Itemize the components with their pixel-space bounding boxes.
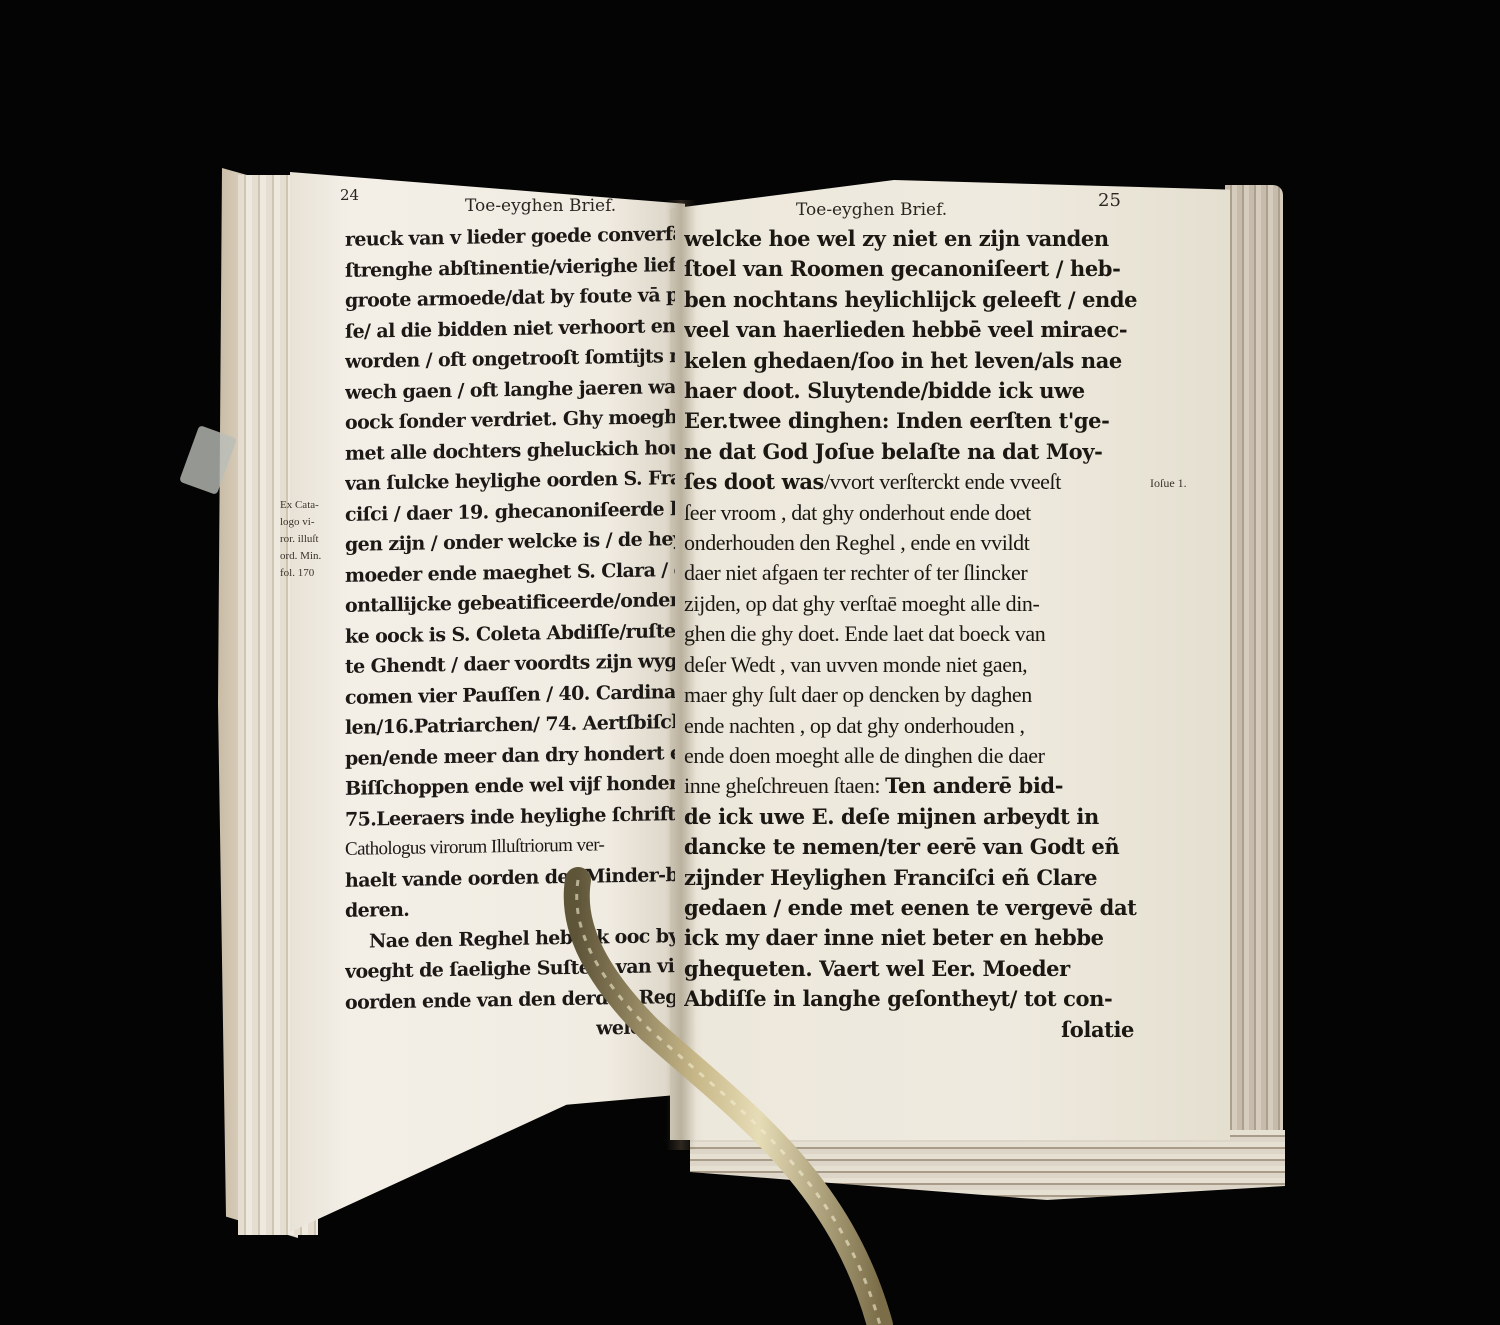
text-line: veel van haerlieden hebbē veel miraec- — [684, 315, 1144, 345]
text-line: gedaen / ende met eenen te vergevē dat — [684, 893, 1144, 923]
text-line: voeght de ſaelighe Suſters van vier — [345, 951, 675, 987]
text-line: Abdiſſe in langhe geſontheyt/ tot con- — [684, 984, 1144, 1014]
margin-note-line: logo vi- — [280, 514, 340, 531]
left-running-head: Toe-eyghen Brief. — [465, 196, 616, 216]
text-line: Eer.twee dinghen: Inden eerſten t'ge- — [684, 406, 1144, 436]
text-line: dancke te nemen/ter eerē van Godt eñ — [684, 832, 1144, 862]
text-line: onderhouden den Reghel , ende en vvildt — [684, 528, 1144, 558]
text-line: worden / oft ongetrooſt ſomtijts moetē — [345, 341, 675, 377]
text-line: zijnder Heylighen Franciſci eñ Clare — [684, 863, 1144, 893]
right-page-text: welcke hoe wel zy niet en zijn vanden ſt… — [684, 224, 1144, 1045]
text-span-blackletter: ſes doot was — [684, 469, 824, 494]
text-line: haer doot. Sluytende/bidde ick uwe — [684, 376, 1144, 406]
text-span-blackletter: Ten anderē bid- — [885, 773, 1063, 798]
open-book: 24 Toe-eyghen Brief. Toe-eyghen Brief. 2… — [0, 0, 1500, 1325]
text-line: deſer Wedt , van uvven monde niet gaen, — [684, 650, 1144, 680]
left-page-text: reuck van v lieder goede converfatie ſtr… — [345, 219, 675, 1048]
right-page-number: 25 — [1098, 190, 1121, 211]
right-margin-note: Ioſue 1. — [1150, 476, 1187, 491]
text-line: ick my daer inne niet beter en hebbe — [684, 923, 1144, 953]
text-line: gen zijn / onder welcke is / de heylighe — [345, 524, 675, 560]
text-line: ſolatie — [684, 1015, 1144, 1045]
text-span-roman: /vvort verſterckt ende vveeſt — [824, 469, 1061, 494]
text-line: ende nachten , op dat ghy onderhouden , — [684, 711, 1144, 741]
text-line: ſeer vroom , dat ghy onderhout ende doet — [684, 498, 1144, 528]
text-line: ontallijcke gebeatificeerde/onder welc- — [345, 585, 675, 621]
text-line: ghen die ghy doet. Ende laet dat boeck v… — [684, 619, 1144, 649]
text-line: ſtoel van Roomen gecanoniſeert / heb- — [684, 254, 1144, 284]
text-line: daer niet afgaen ter rechter of ter ſlin… — [684, 558, 1144, 588]
text-line: de ick uwe E. deſe mijnen arbeydt in — [684, 802, 1144, 832]
text-line: kelen ghedaen/ſoo in het leven/als nae — [684, 346, 1144, 376]
text-line: ne dat God Joſue belaſte na dat Moy- — [684, 437, 1144, 467]
text-line: oock ſonder verdriet. Ghy moeght v — [345, 402, 675, 438]
margin-note-line: fol. 170 — [280, 565, 340, 582]
text-line: maer ghy ſult daer op dencken by daghen — [684, 680, 1144, 710]
text-span-roman: inne gheſchreuen ſtaen: — [684, 773, 885, 798]
left-page-number: 24 — [340, 186, 359, 204]
text-line: van ſulcke heylighe oorden S. Fran- — [345, 463, 675, 499]
text-line: len/16.Patriarchen/ 74. Aertſbiſchop- — [345, 707, 675, 743]
text-line: ſes doot was/vvort verſterckt ende vveeſ… — [684, 467, 1144, 497]
text-line: reuck van v lieder goede converfatie — [345, 219, 675, 255]
text-line: Biſſchoppen ende wel vijf hondert eñ — [345, 768, 675, 804]
page-stack-right — [1225, 185, 1283, 1135]
text-line: haelt vande oorden der Minder-broe- — [345, 860, 675, 896]
right-running-head: Toe-eyghen Brief. — [796, 200, 947, 220]
text-line: ben nochtans heylichlijck geleeft / ende — [684, 285, 1144, 315]
text-line: 75.Leeraers inde heylighe ſchriften/ ſo — [345, 799, 675, 835]
margin-note-line: Ex Cata- — [280, 497, 340, 514]
text-line: welcke — [345, 1012, 675, 1048]
text-line: te Ghendt / daer voordts zijn wyghe- — [345, 646, 675, 682]
text-line: zijden, op dat ghy verſtaē moeght alle d… — [684, 589, 1144, 619]
page-stack-bottom — [690, 1130, 1285, 1200]
text-line: inne gheſchreuen ſtaen: Ten anderē bid- — [684, 771, 1144, 801]
margin-note-line: ror. illuſt — [280, 531, 340, 548]
text-line: ende doen moeght alle de dinghen die dae… — [684, 741, 1144, 771]
text-line: groote armoede/dat by foute vā plaet- — [345, 280, 675, 316]
text-line: welcke hoe wel zy niet en zijn vanden — [684, 224, 1144, 254]
left-margin-note: Ex Cata- logo vi- ror. illuſt ord. Min. … — [280, 497, 340, 582]
margin-note-line: ord. Min. — [280, 548, 340, 565]
text-line: ghequeten. Vaert wel Eer. Moeder — [684, 954, 1144, 984]
